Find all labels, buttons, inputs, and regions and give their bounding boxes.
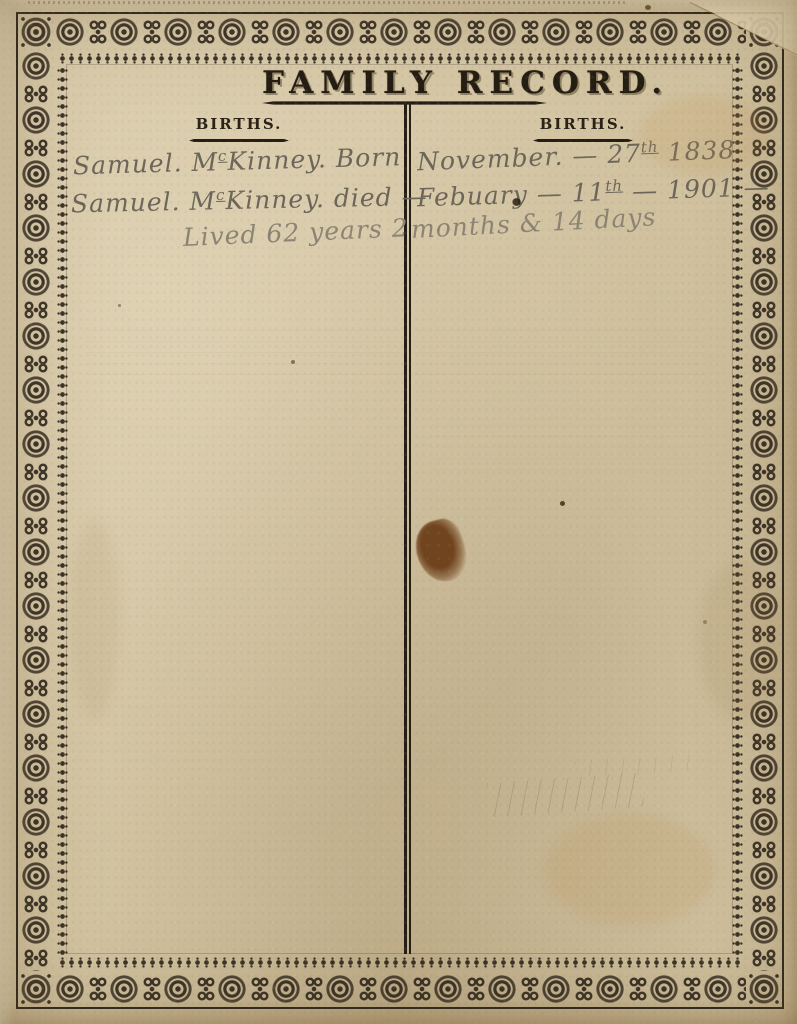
border-chain-bottom [58, 957, 742, 968]
paper-speck [560, 501, 565, 506]
paper-speck [703, 620, 707, 624]
ink-showthrough [85, 330, 705, 378]
handwriting-segment: Samuel. M [71, 186, 217, 218]
births-header-right-label: BIRTHS. [533, 115, 633, 133]
ink-blot [512, 198, 521, 206]
page-title: FAMILY RECORD. [262, 65, 547, 101]
handwriting-segment: Kinney. Born [227, 142, 402, 176]
handwriting-segment: Kinney. died — [225, 182, 428, 215]
handwriting-superscript: th [605, 177, 623, 196]
handwritten-entry-name-born: Samuel. McKinney. Born [73, 142, 402, 180]
ink-showthrough [430, 425, 700, 475]
handwriting-segment: Samuel. M [73, 147, 219, 180]
paper-speck [118, 304, 121, 307]
handwritten-entry-name-died: Samuel. McKinney. died — [71, 182, 428, 219]
handwriting-segment: November. — 27 [416, 139, 641, 177]
paper-speck [291, 360, 295, 364]
stain-wash [70, 520, 120, 720]
handwriting-segment: Lived 62 years 2 [182, 213, 409, 252]
handwriting-superscript: c [218, 147, 228, 165]
stain-wash [640, 95, 770, 175]
births-header-left-rule [189, 139, 289, 142]
border-corner-rosette [18, 971, 54, 1007]
stain-wash [545, 815, 715, 925]
births-header-right: BIRTHS. [533, 115, 633, 142]
border-corner-rosette [18, 14, 54, 50]
births-header-left: BIRTHS. [189, 115, 289, 142]
page-edge-serration [28, 1, 628, 4]
handwritten-entry-lived-years: Lived 62 years 2 [182, 213, 409, 252]
births-header-left-label: BIRTHS. [189, 115, 289, 133]
border-ornament-band-bottom [54, 971, 746, 1007]
border-ornament-band-top [54, 14, 746, 50]
handwriting-superscript: c [216, 186, 226, 204]
border-chain-top [58, 53, 742, 64]
scanned-family-record-page: FAMILY RECORD. BIRTHS. BIRTHS. Samuel. M… [0, 0, 797, 1024]
stain-wash [700, 560, 780, 720]
border-corner-rosette [746, 971, 782, 1007]
handwriting-segment: — 1901 — [623, 172, 770, 206]
border-ornament-band-left [18, 50, 54, 971]
paper-speck [645, 5, 651, 10]
